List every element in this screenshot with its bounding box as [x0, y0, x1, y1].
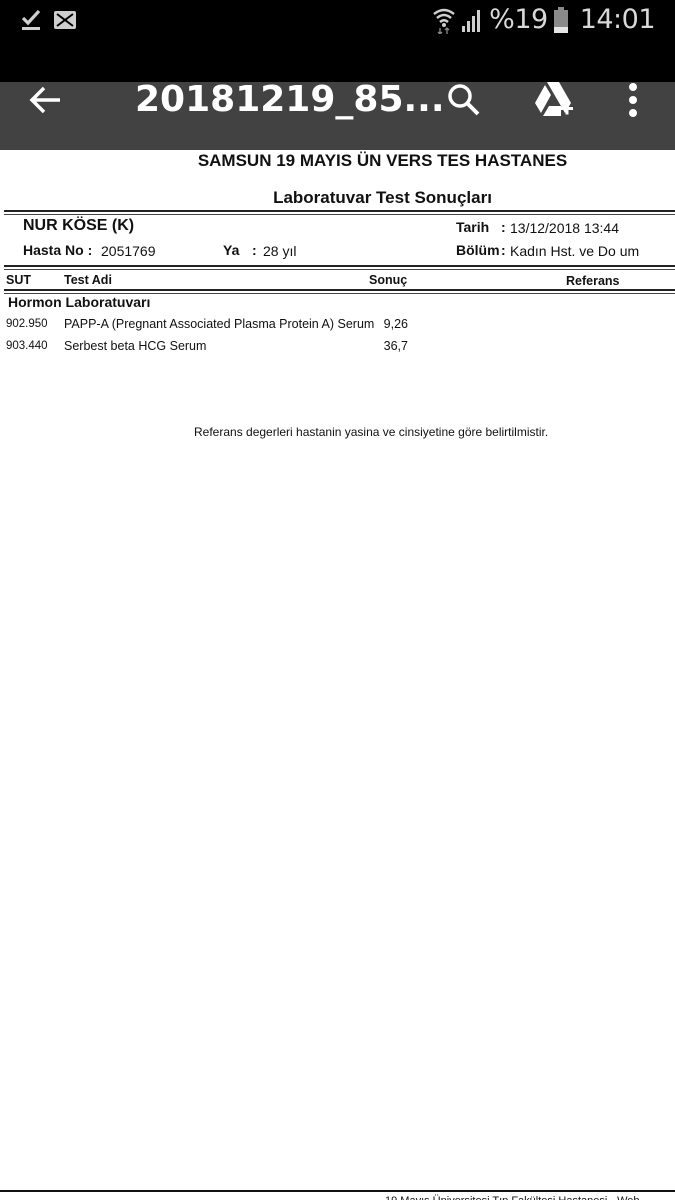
patient-name: NUR KÖSE (K)	[23, 217, 134, 235]
date-colon: :	[501, 219, 506, 235]
hasta-no-label: Hasta No :	[23, 242, 92, 258]
row-result: 9,26	[345, 317, 408, 331]
report-title: Laboratuvar Test Sonuçları	[0, 188, 675, 208]
department-label: Bölüm	[456, 242, 500, 258]
clock: 14:01	[580, 4, 655, 35]
col-header-test-name: Test Adi	[64, 273, 112, 287]
hospital-name: SAMSUN 19 MAYIS ÜN VERS TES HASTANES	[0, 151, 675, 171]
age-colon: :	[252, 242, 257, 258]
battery-percent: %19	[489, 4, 548, 35]
section-title: Hormon Laboratuvarı	[8, 294, 150, 310]
row-test-name: PAPP-A (Pregnant Associated Plasma Prote…	[64, 317, 374, 331]
row-code: 902.950	[6, 318, 48, 330]
footer-text: 19 Mayıs Üniversitesi Tıp Fakültesi Hast…	[385, 1195, 640, 1200]
footer-divider	[0, 1190, 675, 1192]
mail-icon	[54, 11, 76, 29]
signal-icon	[461, 8, 483, 32]
col-header-result: Sonuç	[369, 273, 407, 287]
more-vert-icon	[628, 83, 638, 117]
col-header-reference: Referans	[566, 274, 620, 288]
document-title: 20181219_85...	[135, 79, 445, 120]
department-colon: :	[501, 242, 506, 258]
search-icon	[447, 83, 481, 117]
app-toolbar: 20181219_85...	[0, 82, 675, 150]
save-to-drive-button[interactable]	[532, 82, 576, 118]
age-value: 28 yıl	[263, 243, 296, 259]
date-label: Tarih	[456, 219, 489, 235]
age-label: Ya	[223, 242, 239, 258]
arrow-left-icon	[28, 85, 62, 115]
status-bar: %19 14:01	[0, 0, 675, 82]
divider	[4, 265, 675, 270]
reference-note: Referans degerleri hastanin yasina ve ci…	[194, 425, 548, 439]
col-header-sut: SUT	[6, 273, 31, 287]
divider	[4, 210, 675, 215]
back-button[interactable]	[22, 82, 68, 118]
search-button[interactable]	[444, 82, 484, 118]
pdf-page: SAMSUN 19 MAYIS ÜN VERS TES HASTANES Lab…	[0, 150, 675, 1200]
row-result: 36,7	[345, 339, 408, 353]
hasta-no-value: 2051769	[101, 243, 156, 259]
drive-add-icon	[533, 81, 575, 119]
wifi-icon	[433, 6, 455, 34]
row-code: 903.440	[6, 340, 48, 352]
battery-icon	[554, 7, 568, 33]
more-options-button[interactable]	[618, 82, 648, 118]
date-value: 13/12/2018 13:44	[510, 220, 619, 236]
department-value: Kadın Hst. ve Do um	[510, 243, 639, 259]
download-done-icon	[20, 8, 42, 32]
row-test-name: Serbest beta HCG Serum	[64, 339, 206, 353]
